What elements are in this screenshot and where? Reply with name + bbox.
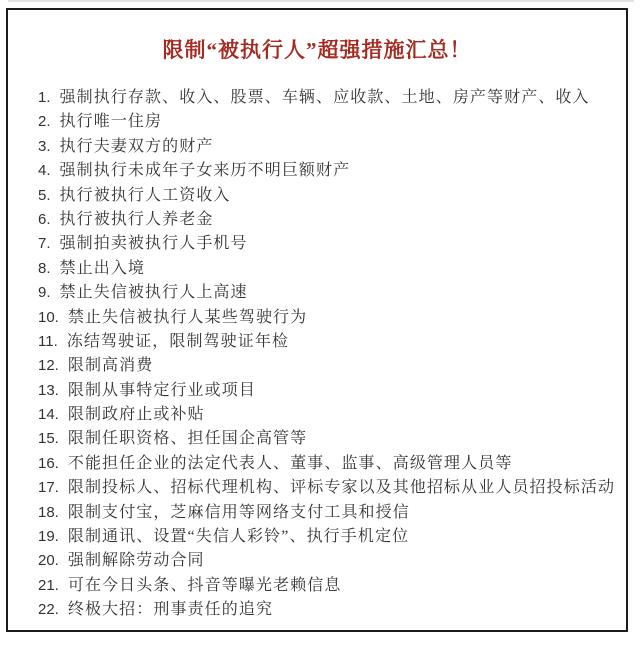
list-item: 10.禁止失信被执行人某些驾驶行为: [38, 306, 620, 330]
list-item: 14.限制政府止或补贴: [38, 403, 620, 427]
item-number: 11.: [38, 330, 58, 354]
list-item: 20.强制解除劳动合同: [38, 549, 620, 573]
item-text: 强制执行未成年子女来历不明巨额财产: [60, 162, 351, 179]
list-item: 15.限制任职资格、担任国企高管等: [38, 427, 620, 451]
list-item: 2.执行唯一住房: [38, 110, 620, 134]
item-number: 20.: [38, 549, 59, 573]
list-item: 6.执行被执行人养老金: [38, 208, 620, 232]
list-item: 7.强制拍卖被执行人手机号: [38, 232, 620, 256]
top-edge-artifact: [8, 0, 634, 2]
item-number: 16.: [38, 452, 59, 476]
item-text: 限制投标人、招标代理机构、评标专家以及其他招标从业人员招投标活动: [68, 479, 615, 496]
item-text: 强制执行存款、收入、股票、车辆、应收款、土地、房产等财产、收入: [60, 89, 590, 106]
item-number: 13.: [38, 379, 59, 403]
item-text: 限制通讯、设置“失信人彩铃”、执行手机定位: [68, 528, 409, 545]
list-item: 13.限制从事特定行业或项目: [38, 379, 620, 403]
item-number: 18.: [38, 501, 59, 525]
item-text: 执行夫妻双方的财产: [60, 138, 214, 155]
item-text: 执行被执行人养老金: [60, 211, 214, 228]
list-item: 3.执行夫妻双方的财产: [38, 135, 620, 159]
item-number: 9.: [38, 281, 51, 305]
list-item: 19.限制通讯、设置“失信人彩铃”、执行手机定位: [38, 525, 620, 549]
item-text: 限制任职资格、担任国企高管等: [68, 430, 307, 447]
item-number: 12.: [38, 354, 59, 378]
item-text: 禁止出入境: [60, 260, 146, 277]
list-item: 8.禁止出入境: [38, 257, 620, 281]
item-number: 8.: [38, 257, 51, 281]
item-number: 19.: [38, 525, 59, 549]
item-text: 限制从事特定行业或项目: [68, 382, 256, 399]
document-title: 限制“被执行人”超强措施汇总！: [8, 38, 626, 62]
list-item: 12.限制高消费: [38, 354, 620, 378]
item-text: 冻结驾驶证，限制驾驶证年检: [67, 333, 289, 350]
item-text: 禁止失信被执行人某些驾驶行为: [68, 309, 307, 326]
item-number: 21.: [38, 574, 59, 598]
list-item: 11.冻结驾驶证，限制驾驶证年检: [38, 330, 620, 354]
item-text: 执行被执行人工资收入: [60, 187, 231, 204]
item-text: 终极大招：刑事责任的追究: [68, 601, 273, 618]
list-item: 21.可在今日头条、抖音等曝光老赖信息: [38, 574, 620, 598]
item-text: 强制拍卖被执行人手机号: [60, 235, 248, 252]
measures-list: 1.强制执行存款、收入、股票、车辆、应收款、土地、房产等财产、收入 2.执行唯一…: [8, 86, 626, 623]
list-item: 16.不能担任企业的法定代表人、董事、监事、高级管理人员等: [38, 452, 620, 476]
list-item: 18.限制支付宝，芝麻信用等网络支付工具和授信: [38, 501, 620, 525]
item-text: 限制高消费: [68, 357, 154, 374]
item-number: 7.: [38, 232, 51, 256]
item-number: 17.: [38, 476, 59, 500]
item-number: 6.: [38, 208, 51, 232]
item-text: 执行唯一住房: [60, 113, 163, 130]
item-text: 禁止失信被执行人上高速: [60, 284, 248, 301]
item-text: 不能担任企业的法定代表人、董事、监事、高级管理人员等: [68, 455, 513, 472]
item-number: 2.: [38, 110, 51, 134]
list-item: 22.终极大招：刑事责任的追究: [38, 598, 620, 622]
document-page: 限制“被执行人”超强措施汇总！ 1.强制执行存款、收入、股票、车辆、应收款、土地…: [0, 0, 640, 645]
item-number: 5.: [38, 184, 51, 208]
item-text: 限制支付宝，芝麻信用等网络支付工具和授信: [68, 504, 410, 521]
item-number: 10.: [38, 306, 59, 330]
item-text: 限制政府止或补贴: [68, 406, 205, 423]
document-border-frame: 限制“被执行人”超强措施汇总！ 1.强制执行存款、收入、股票、车辆、应收款、土地…: [6, 8, 628, 632]
item-number: 1.: [38, 86, 51, 110]
list-item: 17.限制投标人、招标代理机构、评标专家以及其他招标从业人员招投标活动: [38, 476, 620, 500]
item-text: 可在今日头条、抖音等曝光老赖信息: [68, 577, 342, 594]
item-number: 15.: [38, 427, 59, 451]
item-number: 22.: [38, 598, 59, 622]
list-item: 1.强制执行存款、收入、股票、车辆、应收款、土地、房产等财产、收入: [38, 86, 620, 110]
item-text: 强制解除劳动合同: [68, 552, 205, 569]
list-item: 5.执行被执行人工资收入: [38, 184, 620, 208]
item-number: 3.: [38, 135, 51, 159]
item-number: 14.: [38, 403, 59, 427]
item-number: 4.: [38, 159, 51, 183]
list-item: 9.禁止失信被执行人上高速: [38, 281, 620, 305]
list-item: 4.强制执行未成年子女来历不明巨额财产: [38, 159, 620, 183]
